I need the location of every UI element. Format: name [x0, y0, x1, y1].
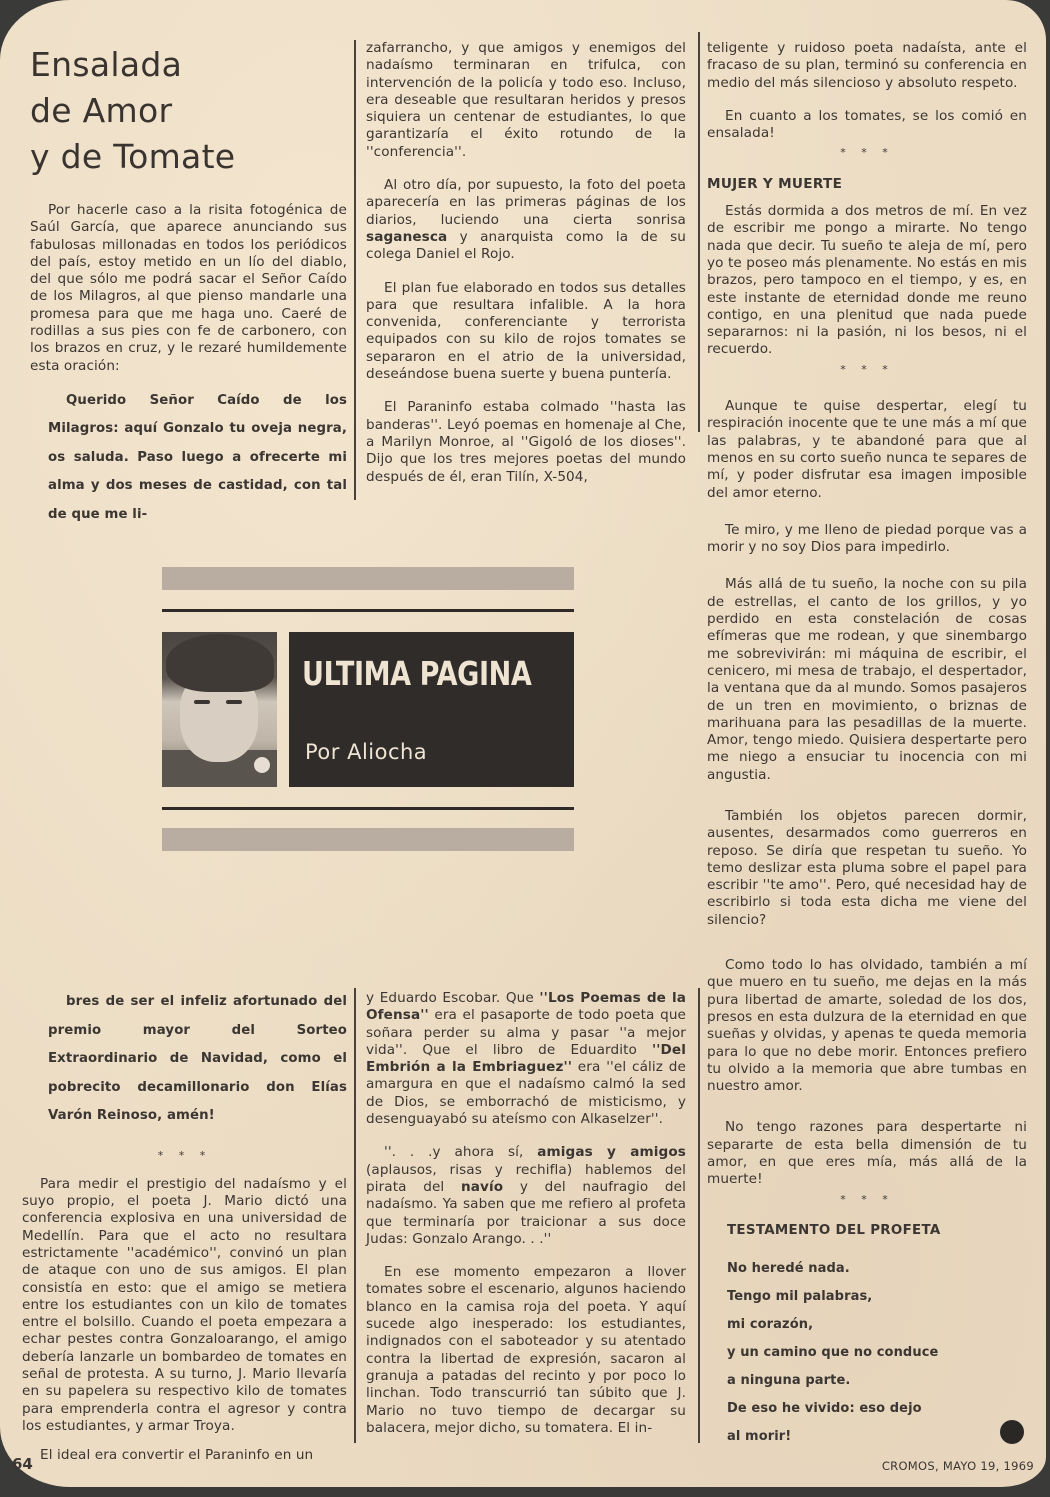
poem: No heredé nada. Tengo mil palabras, mi c… — [727, 1255, 1027, 1451]
photo-eye — [226, 700, 242, 704]
banner-content: ULTIMA PAGINA Por Aliocha — [162, 632, 574, 787]
paragraph: zafarrancho, y que amigos y enemigos del… — [366, 40, 686, 161]
paragraph: Estás dormida a dos metros de mí. En vez… — [707, 203, 1027, 359]
paragraph: teligente y ruidoso poeta nadaísta, ante… — [707, 40, 1027, 92]
column-2-bottom: y Eduardo Escobar. Que ''Los Poemas de l… — [366, 990, 686, 1453]
paragraph: Aunque te quise despertar, elegí tu resp… — [707, 398, 1027, 502]
poem-line: De eso he vivido: eso dejo — [727, 1395, 1027, 1423]
section-separator: * * * — [707, 144, 1027, 161]
photo-eye — [194, 700, 210, 704]
column-divider — [698, 32, 700, 432]
section-heading: MUJER Y MUERTE — [707, 176, 1027, 193]
paragraph: Te miro, y me lleno de piedad porque vas… — [707, 522, 1027, 557]
page-number: 64 — [12, 1455, 33, 1473]
text: y Eduardo Escobar. Que — [366, 990, 539, 1006]
banner-heading: ULTIMA PAGINA — [302, 654, 531, 693]
column-divider — [354, 40, 356, 500]
poem-line: al morir! — [727, 1423, 1027, 1451]
title-line-1: Ensalada — [30, 42, 347, 88]
column-1-top: Ensalada de Amor y de Tomate Por hacerle… — [30, 30, 347, 545]
poem-line: mi corazón, — [727, 1311, 1027, 1339]
banner-rule-top — [162, 609, 574, 612]
paragraph: Como todo lo has olvidado, también a mí … — [707, 957, 1027, 1095]
section-separator: * * * — [707, 1191, 1027, 1208]
magazine-page: Ensalada de Amor y de Tomate Por hacerle… — [0, 0, 1046, 1487]
banner-title-box: ULTIMA PAGINA Por Aliocha — [289, 632, 574, 787]
author-photo — [162, 632, 277, 787]
prayer-text: bres de ser el infeliz afortunado del pr… — [48, 988, 347, 1131]
paragraph: El Paraninfo estaba colmado ''hasta las … — [366, 399, 686, 485]
paragraph: También los objetos parecen dormir, ause… — [707, 808, 1027, 929]
paragraph: En cuanto a los tomates, se los comió en… — [707, 108, 1027, 143]
column-divider — [354, 988, 356, 1443]
column-3: teligente y ruidoso poeta nadaísta, ante… — [707, 40, 1027, 1451]
text: Al otro día, por supuesto, la foto del p… — [366, 177, 686, 228]
paragraph: Por hacerle caso a la risita fotogénica … — [30, 202, 347, 375]
poem-line: a ninguna parte. — [727, 1367, 1027, 1395]
column-1-bottom: bres de ser el infeliz afortunado del pr… — [22, 988, 347, 1481]
paragraph: y Eduardo Escobar. Que ''Los Poemas de l… — [366, 990, 686, 1128]
paragraph: ''. . .y ahora sí, amigas y amigos (apla… — [366, 1144, 686, 1248]
photo-flower — [254, 757, 270, 773]
end-mark-bullet — [1000, 1420, 1024, 1444]
paragraph: Al otro día, por supuesto, la foto del p… — [366, 177, 686, 263]
section-separator: * * * — [22, 1147, 347, 1164]
banner-byline: Por Aliocha — [305, 740, 427, 764]
bold-text: saganesca — [366, 229, 447, 245]
title-line-3: y de Tomate — [30, 134, 347, 180]
paragraph: El plan fue elaborado en todos sus detal… — [366, 280, 686, 384]
paragraph: No tengo razones para despertarte ni sep… — [707, 1119, 1027, 1188]
banner-rule-bottom — [162, 807, 574, 810]
article-title: Ensalada de Amor y de Tomate — [30, 42, 347, 180]
paragraph: En ese momento empezaron a llover tomate… — [366, 1264, 686, 1437]
paragraph: Más allá de tu sueño, la noche con su pi… — [707, 576, 1027, 784]
section-separator: * * * — [707, 361, 1027, 378]
prayer-text: Querido Señor Caído de los Milagros: aqu… — [48, 387, 347, 530]
title-line-2: de Amor — [30, 88, 347, 134]
poem-line: No heredé nada. — [727, 1255, 1027, 1283]
column-divider — [698, 988, 700, 1443]
bold-text: amigas y amigos — [537, 1144, 686, 1160]
paragraph: Para medir el prestigio del nadaísmo y e… — [22, 1176, 347, 1435]
poem-line: Tengo mil palabras, — [727, 1283, 1027, 1311]
bold-text: navío — [461, 1179, 503, 1195]
poem-line: y un camino que no conduce — [727, 1339, 1027, 1367]
column-banner: ULTIMA PAGINA Por Aliocha — [162, 567, 574, 851]
publication-dateline: CROMOS, MAYO 19, 1969 — [882, 1459, 1034, 1473]
photo-hair — [166, 634, 274, 692]
banner-gray-bar-top — [162, 567, 574, 590]
paragraph: El ideal era convertir el Paraninfo en u… — [22, 1447, 347, 1464]
text: ''. . .y ahora sí, — [384, 1144, 537, 1160]
column-2-top: zafarrancho, y que amigos y enemigos del… — [366, 40, 686, 502]
poem-title: TESTAMENTO DEL PROFETA — [727, 1222, 1027, 1239]
banner-gray-bar-bottom — [162, 828, 574, 851]
